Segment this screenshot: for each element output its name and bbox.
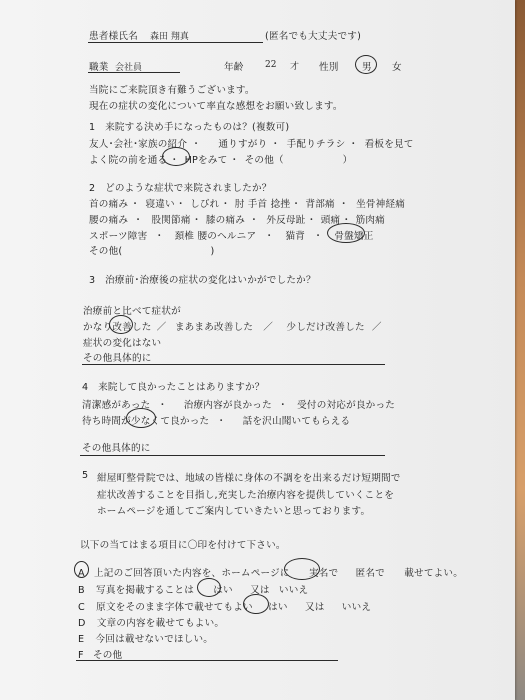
- q3-title: 3 治療前･治療後の症状の変化はいかがでしたか？: [89, 272, 316, 286]
- q4-other-label: その他具体的に: [82, 440, 151, 454]
- q3-lead: 治療前と比べて症状が: [83, 303, 181, 317]
- consent-b-yes-circle-mark: [197, 578, 221, 597]
- consent-a-tail: 載せてよい。: [404, 568, 463, 579]
- q1-option[interactable]: 通りすがり: [218, 139, 267, 150]
- gender-female[interactable]: 女: [392, 59, 402, 73]
- q2-other[interactable]: その他( ): [89, 243, 214, 257]
- consent-b-letter[interactable]: B: [78, 585, 85, 596]
- q1-option[interactable]: よく院の前を通る: [89, 155, 167, 166]
- q4-row-2: 待ち時間が少なくて良かった・ 話を沢山聞いてもらえる: [82, 413, 350, 427]
- q2-option[interactable]: しびれ: [190, 199, 219, 210]
- consent-option-b: B 写真を掲載することは はい 又は いいえ: [78, 582, 308, 596]
- consent-a-real-name-circle-mark: [284, 558, 320, 580]
- q2-option[interactable]: 首の痛み: [89, 199, 128, 210]
- q2-title: 2 どのような症状で来院されましたか？: [89, 180, 272, 194]
- q2-option[interactable]: スポーツ障害: [89, 231, 147, 242]
- q4-option[interactable]: 受付の対応が良かった: [297, 400, 395, 411]
- q2-option[interactable]: 股関節痛: [151, 215, 190, 226]
- consent-a-anonymous[interactable]: 匿名で: [356, 568, 385, 579]
- consent-option-e: E 今回は載せないでほしい。: [78, 631, 213, 645]
- occupation-underline: [88, 72, 180, 73]
- gender-label: 性別: [319, 59, 339, 73]
- consent-c-or: 又は: [305, 602, 325, 613]
- q4-other-line[interactable]: [80, 455, 385, 456]
- q5-line-3: ホームページを通してご案内していきたいと思っております。: [97, 503, 370, 517]
- consent-c-yes[interactable]: はい: [268, 602, 288, 613]
- q1-options-row-2: よく院の前を通る・ HPをみて・ その他（ ）: [89, 152, 352, 166]
- occupation-label: 職業: [89, 59, 109, 73]
- name-label: 患者様氏名: [89, 28, 138, 42]
- q4-short-wait-circle-mark: [126, 408, 156, 428]
- q2-option[interactable]: 腰の痛み: [89, 215, 128, 226]
- consent-a-circle-mark: [74, 561, 89, 578]
- consent-c-no[interactable]: いいえ: [342, 602, 371, 613]
- q4-option[interactable]: 話を沢山聞いてもらえる: [243, 416, 351, 427]
- q2-option[interactable]: 坐骨神経痛: [356, 199, 405, 210]
- q5-number: 5: [82, 470, 88, 481]
- q4-row-1: 清潔感があった・ 治療内容が良かった・ 受付の対応が良かった: [82, 397, 395, 411]
- anonymous-note: (匿名でも大丈夫です): [265, 28, 361, 42]
- q1-option[interactable]: その他（ ）: [245, 155, 353, 166]
- consent-d-text: 文章の内容を載せてもよい。: [97, 618, 224, 629]
- q4-option[interactable]: 治療内容が良かった: [184, 400, 272, 411]
- consent-other-line[interactable]: [76, 660, 338, 661]
- intro-line-1: 当院にご来院頂き有難うございます。: [89, 82, 255, 96]
- q2-option[interactable]: 猫背: [286, 231, 306, 242]
- consent-c-letter[interactable]: C: [78, 602, 85, 613]
- q1-option[interactable]: 看板を見て: [365, 139, 414, 150]
- q2-option[interactable]: 肘 手首 捻挫: [235, 199, 290, 210]
- q1-option[interactable]: 手配りチラシ: [287, 139, 346, 150]
- name-underline: [88, 42, 263, 43]
- consent-instruction: 以下の当てはまる項目に〇印を付けて下さい。: [80, 537, 286, 551]
- consent-c-yes-circle-mark: [243, 594, 269, 614]
- q1-hp-circle-mark: [162, 147, 190, 166]
- q2-option[interactable]: 寝違い: [145, 199, 174, 210]
- q2-option[interactable]: 膝の痛み: [206, 215, 245, 226]
- consent-a-text: 上記のご回答頂いた内容を、ホームページに: [94, 568, 290, 579]
- q3-option-no-change[interactable]: 症状の変化はない: [83, 335, 161, 349]
- q2-option[interactable]: 外反母趾: [266, 215, 305, 226]
- q3-much-improved-circle-mark: [109, 315, 133, 334]
- q2-option[interactable]: 頚椎 腰のヘルニア: [175, 231, 257, 242]
- consent-e-letter[interactable]: E: [78, 634, 84, 645]
- consent-b-text: 写真を掲載することは: [96, 585, 194, 596]
- consent-option-f: F その他: [78, 647, 122, 661]
- consent-option-d: D 文章の内容を載せてもよい。: [78, 615, 224, 629]
- name-value: 森田 翔真: [150, 29, 189, 42]
- consent-option-a: A 上記のご回答頂いた内容を、ホームページに 実名で 匿名で 載せてよい。: [78, 565, 463, 579]
- consent-c-text: 原文をそのまま字体で載せてもよい: [96, 602, 253, 613]
- q5-line-2: 症状改善することを目指し,充実した治療内容を提供していくことを: [97, 487, 394, 501]
- q3-other-label: その他具体的に: [83, 350, 152, 364]
- consent-b-no[interactable]: いいえ: [279, 585, 308, 596]
- q2-option[interactable]: 背部痛: [305, 199, 334, 210]
- q2-pelvis-circle-mark: [327, 223, 365, 243]
- q3-option-somewhat-improved[interactable]: まあまあ改善した: [175, 322, 253, 333]
- intro-line-2: 現在の症状の変化について率直な感想をお願い致します。: [89, 98, 343, 112]
- q3-option-slightly-improved[interactable]: 少しだけ改善した: [286, 322, 364, 333]
- age-unit: 才: [290, 59, 299, 72]
- consent-d-letter[interactable]: D: [78, 618, 86, 629]
- q5-line-1: 紺屋町整骨院では、地域の皆様に身体の不調をを出来るだけ短期間で: [97, 470, 401, 484]
- questionnaire-sheet: 患者様氏名 森田 翔真 (匿名でも大丈夫です) 職業 会社員 年齢 22 才 性…: [0, 0, 515, 700]
- q3-other-line[interactable]: [82, 364, 385, 365]
- q1-options-row-1: 友人･会社･家族の紹介・ 通りすがり・ 手配りチラシ・ 看板を見て: [89, 136, 414, 150]
- consent-option-c: C 原文をそのまま字体で載せてもよい はい 又は いいえ: [78, 599, 371, 613]
- age-value: 22: [265, 60, 276, 70]
- gender-male-circle-mark: [355, 55, 377, 74]
- q2-row-1: 首の痛み・ 寝違い・ しびれ・ 肘 手首 捻挫・ 背部痛・ 坐骨神経痛: [89, 196, 405, 210]
- q2-option[interactable]: 筋肉痛: [356, 215, 385, 226]
- consent-e-text: 今回は載せないでほしい。: [96, 634, 214, 645]
- age-label: 年齢: [224, 59, 244, 73]
- q1-option-hp[interactable]: HPをみて: [185, 155, 228, 166]
- q4-title: 4 来院して良かったことはありますか？: [82, 379, 265, 393]
- q1-title: 1 来院する決め手になったものは？(複数可): [89, 119, 289, 133]
